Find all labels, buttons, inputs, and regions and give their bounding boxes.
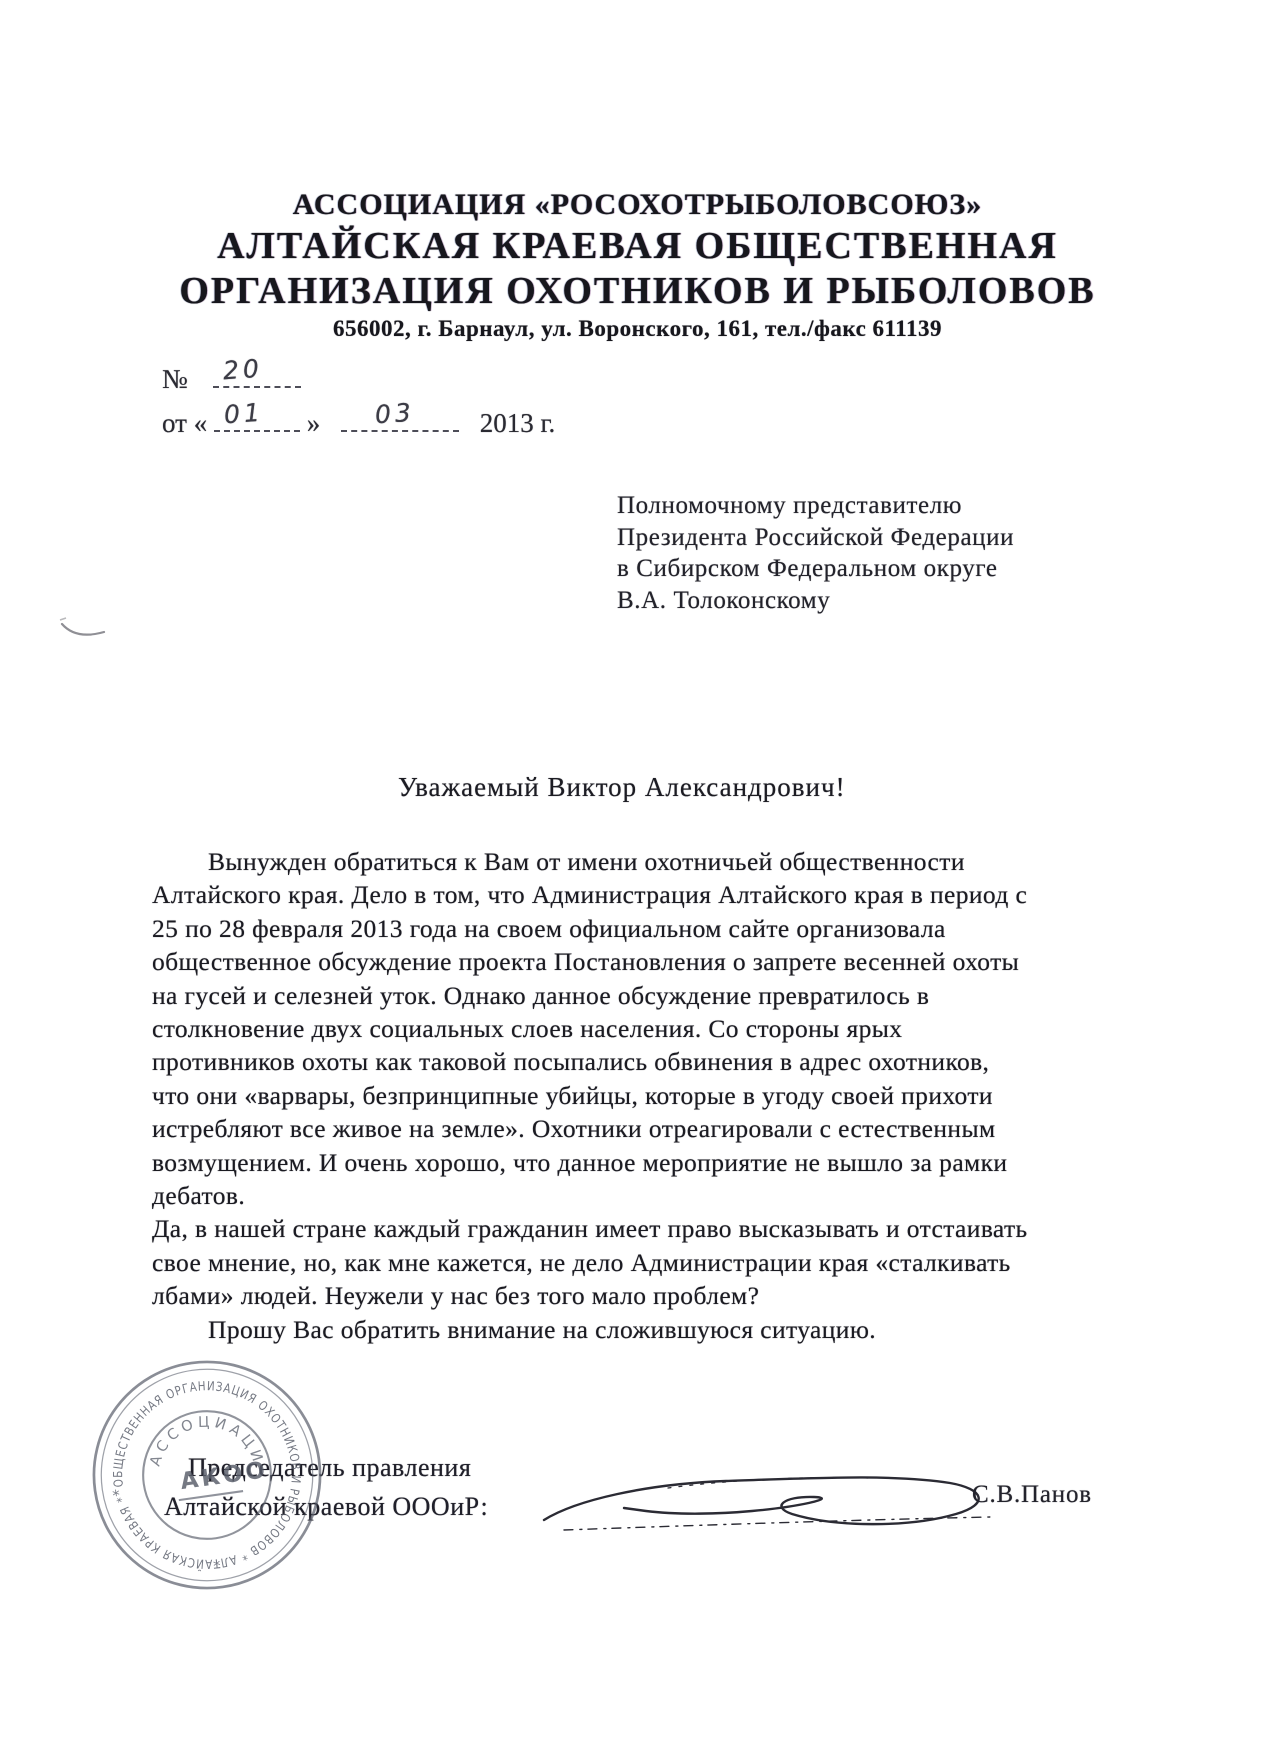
addressee-line: Президента Российской Федерации — [617, 522, 1014, 554]
addressee-line: Полномочному представителю — [617, 490, 1014, 522]
body-line: свое мнение, но, как мне кажется, не дел… — [152, 1246, 1152, 1279]
date-close-quote: » — [307, 408, 321, 438]
organization-name-line2: ОРГАНИЗАЦИЯ ОХОТНИКОВ И РЫБОЛОВОВ — [0, 270, 1275, 312]
date-day-blank: 01 — [214, 402, 300, 432]
body-line: возмущением. И очень хорошо, что данное … — [152, 1146, 1152, 1179]
scanned-letter-page: АССОЦИАЦИЯ «РОСОХОТРЫБОЛОВСОЮЗ» АЛТАЙСКА… — [0, 0, 1275, 1755]
date-year: 2013 г. — [480, 408, 556, 438]
addressee-line: в Сибирском Федеральном округе — [617, 553, 1014, 585]
body-paragraph-1: Вынужден обратиться к Вам от имени охотн… — [152, 845, 1152, 1212]
association-name: АССОЦИАЦИЯ «РОСОХОТРЫБОЛОВСОЮЗ» — [0, 188, 1275, 222]
stamp-asterisk-left: * — [112, 1487, 122, 1505]
body-line: Алтайского края. Дело в том, что Админис… — [152, 878, 1152, 911]
body-line: общественное обсуждение проекта Постанов… — [152, 945, 1152, 978]
organization-address: 656002, г. Барнаул, ул. Воронского, 161,… — [0, 316, 1275, 342]
number-blank: 20 — [213, 358, 301, 388]
addressee-block: Полномочному представителюПрезидента Рос… — [617, 490, 1014, 616]
body-line: столкновение двух социальных слоев насел… — [152, 1012, 1152, 1045]
handwritten-number: 20 — [222, 354, 264, 386]
body-line: Да, в нашей стране каждый гражданин имее… — [152, 1212, 1152, 1245]
body-paragraph-2: Да, в нашей стране каждый гражданин имее… — [152, 1212, 1152, 1312]
handwritten-signature — [528, 1446, 1008, 1556]
reference-block: № 20 от « 01 » 03 2013 г. — [162, 358, 555, 446]
signatory-name: С.В.Панов — [972, 1481, 1092, 1509]
stamp-center-text: АКОО — [179, 1457, 270, 1495]
date-month-blank: 03 — [341, 402, 459, 432]
body-line: Вынужден обратиться к Вам от имени охотн… — [152, 845, 1152, 878]
organization-round-stamp: ОБЩЕСТВЕННАЯ ОРГАНИЗАЦИЯ ОХОТНИКОВ И РЫБ… — [30, 1298, 385, 1653]
addressee-line: В.А. Толоконскому — [617, 585, 1014, 617]
letter-body: Вынужден обратиться к Вам от имени охотн… — [152, 845, 1152, 1346]
body-line: 25 по 28 февраля 2013 года на своем офиц… — [152, 912, 1152, 945]
body-line: истребляют все живое на земле». Охотники… — [152, 1112, 1152, 1145]
scan-artifact-mark — [56, 608, 116, 648]
handwritten-month: 03 — [374, 398, 416, 430]
body-line: на гусей и селезней уток. Однако данное … — [152, 979, 1152, 1012]
reference-number-row: № 20 — [162, 358, 555, 402]
organization-name-line1: АЛТАЙСКАЯ КРАЕВАЯ ОБЩЕСТВЕННАЯ — [0, 225, 1275, 267]
number-label: № — [162, 364, 188, 394]
handwritten-day: 01 — [223, 398, 265, 430]
body-line: противников охоты как таковой посыпались… — [152, 1045, 1152, 1078]
date-prefix: от « — [162, 408, 207, 438]
body-line: дебатов. — [152, 1179, 1152, 1212]
salutation: Уважаемый Виктор Александрович! — [398, 772, 846, 803]
body-line: что они «варвары, безпринципные убийцы, … — [152, 1079, 1152, 1112]
reference-date-row: от « 01 » 03 2013 г. — [162, 402, 555, 446]
letterhead: АССОЦИАЦИЯ «РОСОХОТРЫБОЛОВСОЮЗ» АЛТАЙСКА… — [0, 188, 1275, 342]
